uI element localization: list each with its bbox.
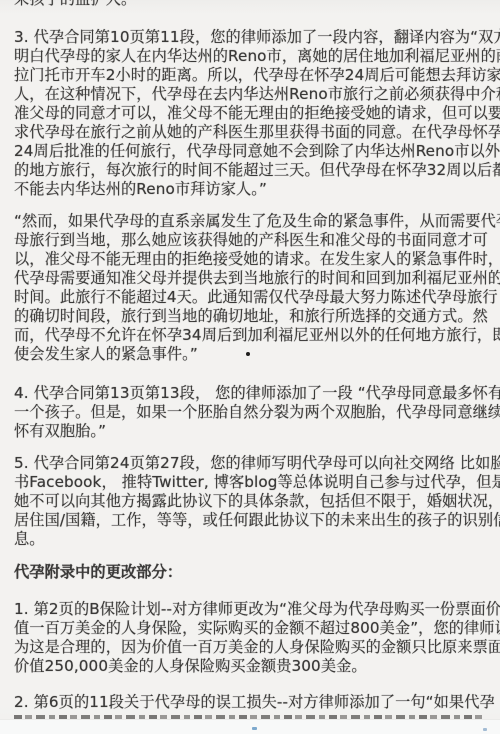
paragraph-a1: 1. 第2页的B保险计划--对方律师更改为“准父母为代孕母购买一份票面价值一百万… xyxy=(14,600,490,676)
text-line: 值一百万美金的人身保险，实际购买的金额不超过800美金”，您的律师认 xyxy=(14,619,490,638)
text-line: 书Facebook， 推特Twitter, 博客blog等总体说明自己参与过代孕… xyxy=(14,473,490,492)
paragraph-p4: 4. 代孕合同第13页第13段， 您的律师添加了一段 “代孕母同意最多怀有一个孩… xyxy=(14,384,490,441)
text-line: 息。 xyxy=(14,530,490,549)
text-line: 代孕母需要通知准父母并提供去到当地旅行的时间和回到加利福尼亚州的 xyxy=(14,269,490,288)
text-line: 明白代孕母的家人在内华达州的Reno市，离她的居住地加利福尼亚州的萨 xyxy=(14,47,490,66)
text-line: 使会发生家人的紧急事件。” xyxy=(14,345,490,364)
text-line: 拉门托市开车2小时的距离。所以，代孕母在怀孕24周后可能想去拜访家 xyxy=(14,66,490,85)
top-partial-line: 来孩子的监护人。 xyxy=(14,0,490,9)
text-line: 时间。此旅行不能超过4天。此通知需仅代孕母最大努力陈述代孕母旅行 xyxy=(14,288,490,307)
text-line: 人，在这种情况下，代孕母在去内华达州Reno市旅行之前必须获得中介和 xyxy=(14,85,490,104)
paragraph-p3: 3. 代孕合同第10页第11段，您的律师添加了一段内容，翻译内容为“双方明白代孕… xyxy=(14,28,490,199)
blue-speck-right xyxy=(483,728,487,731)
document-text: 来孩子的监护人。 3. 代孕合同第10页第11段，您的律师添加了一段内容，翻译内… xyxy=(14,0,490,719)
text-line: “然而，如果代孕母的直系亲属发生了危及生命的紧急事件，从而需要代孕 xyxy=(14,212,490,231)
text-line: 1. 第2页的B保险计划--对方律师更改为“准父母为代孕母购买一份票面价 xyxy=(14,600,490,619)
text-line: 的地方旅行，每次旅行的时间不能超过三天。但代孕母在怀孕32周以后都 xyxy=(14,161,490,180)
text-line: 居住国/国籍，工作，等等，或任何跟此协议下的未来出生的孩子的识别信 xyxy=(14,511,490,530)
blue-speck-left xyxy=(252,727,257,730)
text-line: 不能去内华达州的Reno市拜访家人。” xyxy=(14,180,490,199)
text-line: 为这是合理的，因为价值一百万美金的人身保险购买的金额只比原来票面 xyxy=(14,638,490,657)
text-line: 的确切时间段，旅行到当地的确切地址，和旅行所选择的交通方式。然 xyxy=(14,307,490,326)
paragraph-heading: 代孕附录中的更改部分： xyxy=(14,563,490,582)
paragraph-a2: 2. 第6页的11段关于代孕母的误工损失--对方律师添加了一句“如果代孕 xyxy=(14,693,490,712)
text-line: 求代孕母在旅行之前从她的产科医生那里获得书面的同意。在代孕母怀孕 xyxy=(14,123,490,142)
text-line: 2. 第6页的11段关于代孕母的误工损失--对方律师添加了一句“如果代孕 xyxy=(14,693,490,712)
text-line: 而，代孕母不允许在怀孕34周后到加利福尼亚州以外的任何地方旅行，即 xyxy=(14,326,490,345)
text-line: 准父母的同意才可以，准父母不能无理由的拒绝接受她的请求，但可以要 xyxy=(14,104,490,123)
text-line: 24周后批准的任何旅行，代孕母同意她不会到除了内华达州Reno市以外 xyxy=(14,142,490,161)
text-line: 一个孩子。但是，如果一个胚胎自然分裂为两个双胞胎，代孕母同意继续 xyxy=(14,403,490,422)
text-line: 母旅行到当地，那么她应该获得她的产科医生和准父母的书面同意才可 xyxy=(14,231,490,250)
document-photo: 来孩子的监护人。 3. 代孕合同第10页第11段，您的律师添加了一段内容，翻译内… xyxy=(0,0,500,734)
text-line: 3. 代孕合同第10页第11段，您的律师添加了一段内容，翻译内容为“双方 xyxy=(14,28,490,47)
paragraph-quote: “然而，如果代孕母的直系亲属发生了危及生命的紧急事件，从而需要代孕母旅行到当地，… xyxy=(14,212,490,364)
text-line: 以，准父母不能无理由的拒绝接受她的请求。在发生家人的紧急事件时， xyxy=(14,250,490,269)
text-line: 4. 代孕合同第13页第13段， 您的律师添加了一段 “代孕母同意最多怀有 xyxy=(14,384,490,403)
text-line: 她不可以向其他方揭露此协议下的具体条款，包括但不限于，婚姻状况， xyxy=(14,492,490,511)
paragraph-p5: 5. 代孕合同第24页第27段，您的律师写明代孕母可以向社交网络 比如脸书Fac… xyxy=(14,454,490,549)
text-line: 怀有双胞胎。” xyxy=(14,422,490,441)
text-line: 代孕附录中的更改部分： xyxy=(14,563,490,582)
text-line: 5. 代孕合同第24页第27段，您的律师写明代孕母可以向社交网络 比如脸 xyxy=(14,454,490,473)
bottom-strip xyxy=(0,719,500,734)
ink-speck xyxy=(246,352,250,356)
text-line: 价值250,000美金的人身保险购买金额贵300美金。 xyxy=(14,657,490,676)
text-line: 来孩子的监护人。 xyxy=(14,0,490,9)
